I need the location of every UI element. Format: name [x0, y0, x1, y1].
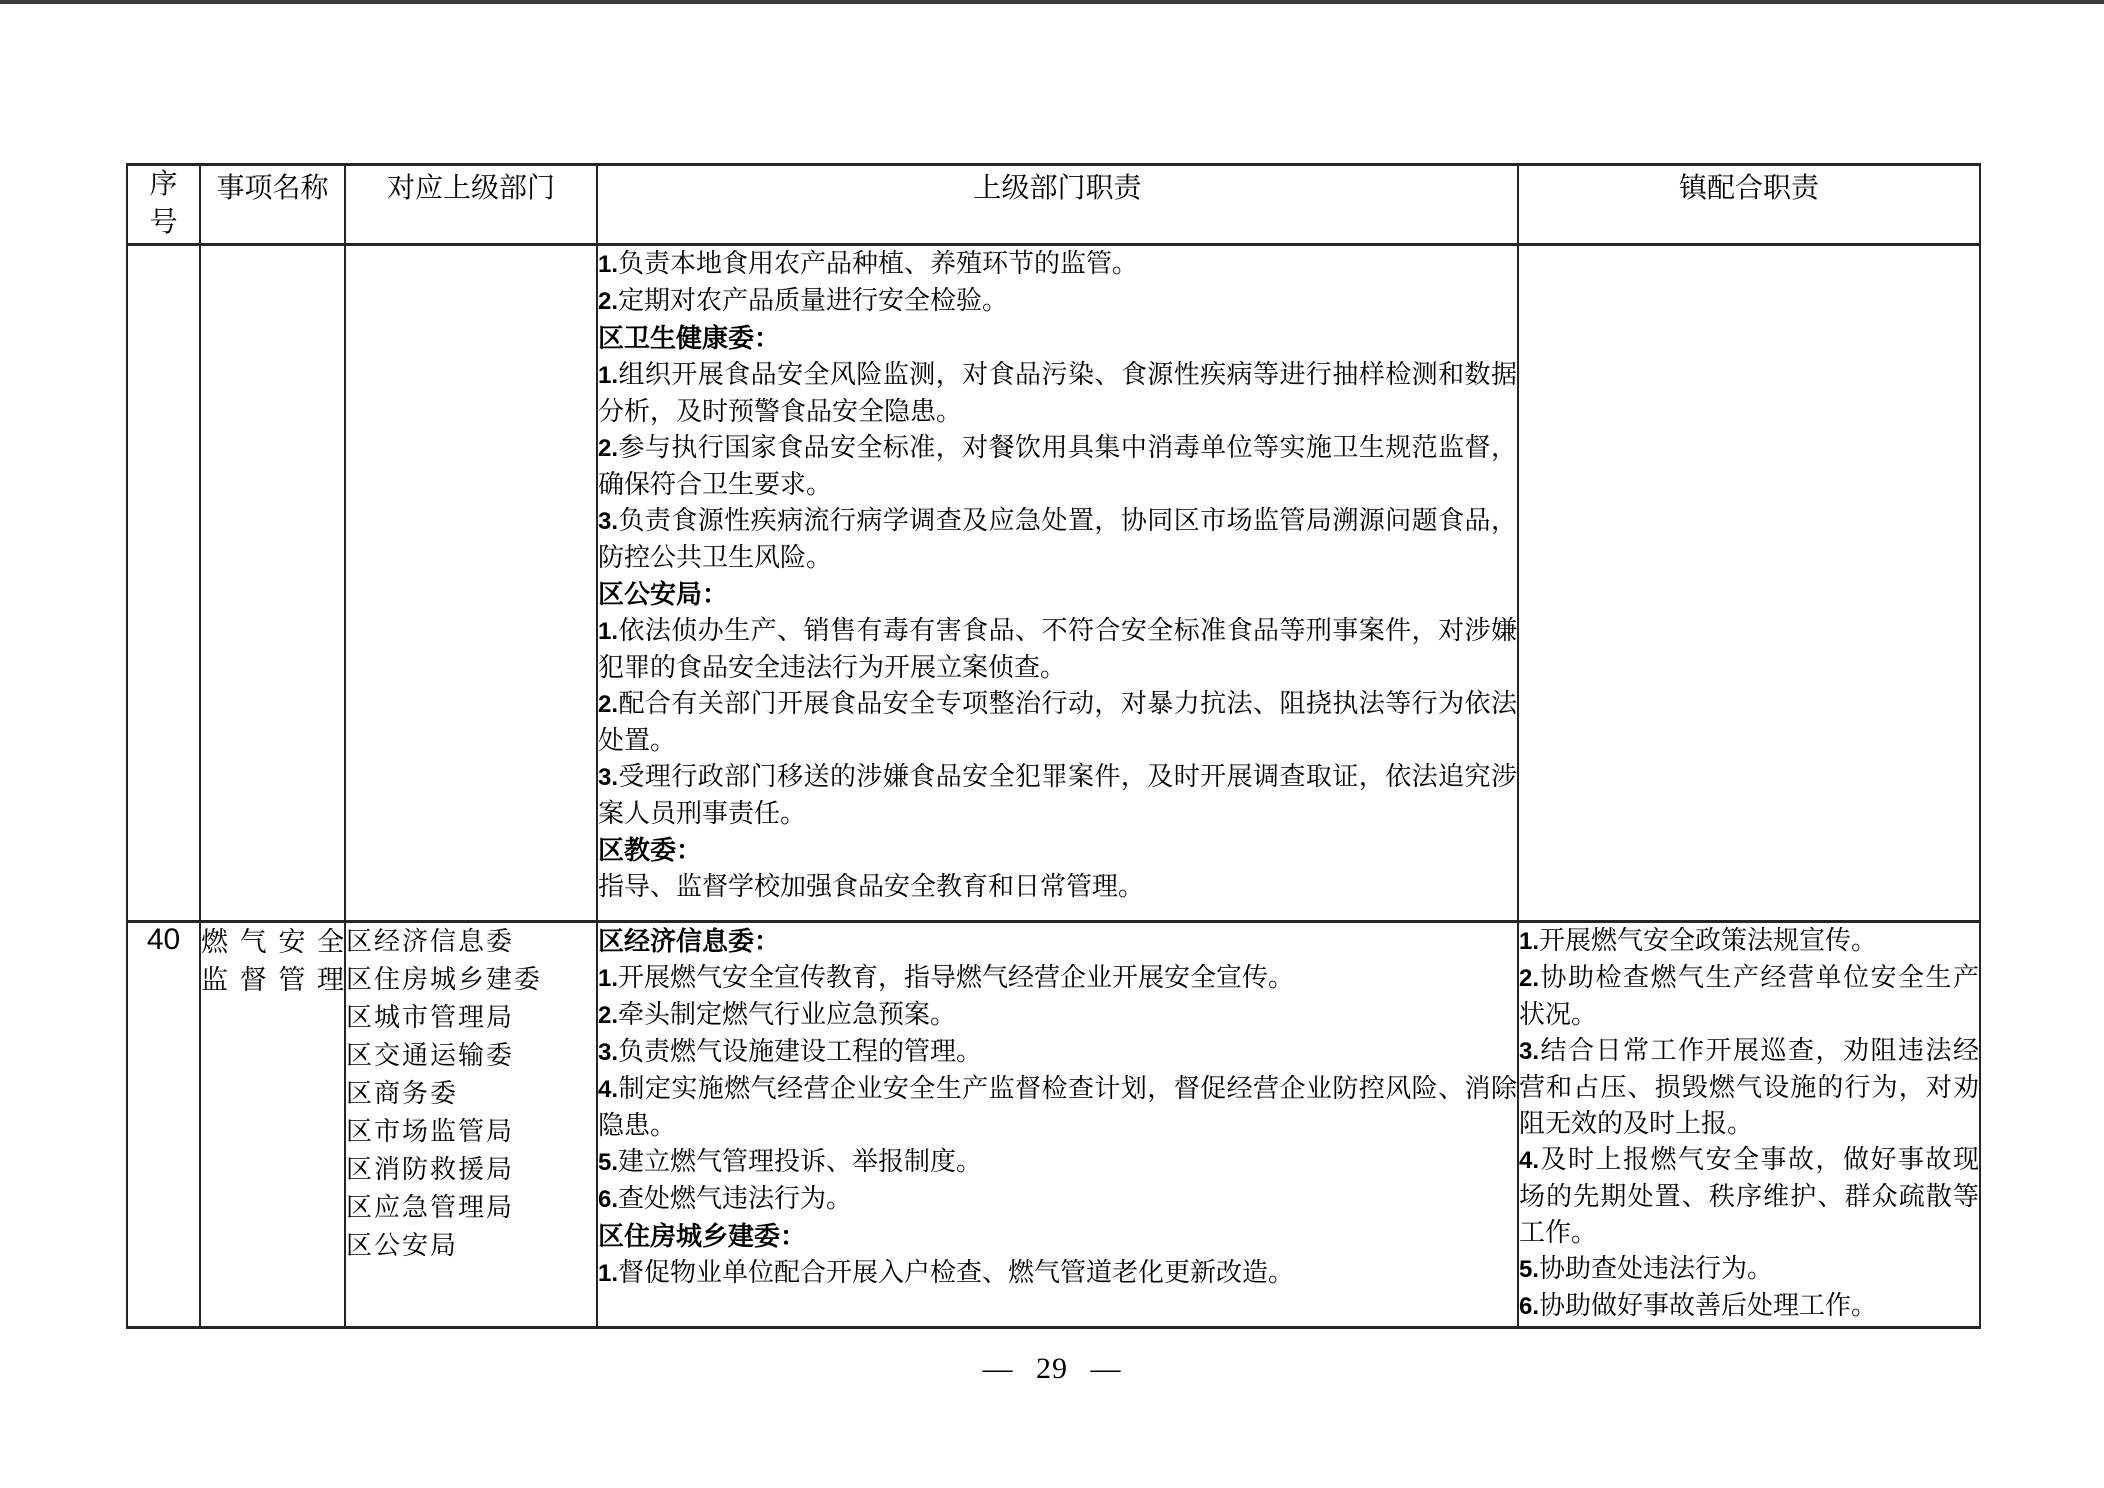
- department-item: 区商务委: [346, 1075, 596, 1113]
- duty-line: 3.结合日常工作开展巡查，劝阻违法经营和占压、损毁燃气设施的行为，对劝阻无效的及…: [1519, 1033, 1979, 1142]
- department-name-bold: 区住房城乡建委：: [598, 1221, 806, 1251]
- duty-number: 2.: [598, 691, 618, 718]
- responsibilities-table: 序号 事项名称 对应上级部门 上级部门职责 镇配合职责 1.负责本地食用农产品种…: [126, 163, 1981, 1329]
- duty-line: 2.协助检查燃气生产经营单位安全生产状况。: [1519, 960, 1979, 1033]
- duty-text: 开展燃气安全宣传教育，指导燃气经营企业开展安全宣传。: [618, 963, 1294, 992]
- department-name-bold: 区公安局：: [598, 579, 728, 609]
- duty-line: 3.受理行政部门移送的涉嫌食品安全犯罪案件，及时开展调查取证，依法追究涉案人员刑…: [598, 759, 1517, 832]
- department-item: 区交通运输委: [346, 1037, 596, 1075]
- duty-text: 查处燃气违法行为。: [618, 1184, 852, 1213]
- duty-text: 指导、监督学校加强食品安全教育和日常管理。: [598, 872, 1144, 901]
- document-page: 序号 事项名称 对应上级部门 上级部门职责 镇配合职责 1.负责本地食用农产品种…: [0, 0, 2104, 1488]
- duty-number: 1.: [598, 965, 618, 992]
- duty-text: 依法侦办生产、销售有毒有害食品、不符合安全标准食品等刑事案件，对涉嫌犯罪的食品安…: [598, 616, 1517, 682]
- duty-number: 5.: [1519, 1256, 1539, 1283]
- duty-text: 开展燃气安全政策法规宣传。: [1539, 926, 1877, 955]
- department-item: 区市场监管局: [346, 1113, 596, 1151]
- department-duty-header: 区经济信息委：: [598, 923, 1517, 960]
- item-name-line: 监督管理: [201, 961, 344, 999]
- duty-number: 2.: [598, 1002, 618, 1029]
- duty-text: 协助查处违法行为。: [1539, 1254, 1773, 1283]
- duty-line: 1.负责本地食用农产品种植、养殖环节的监管。: [598, 246, 1517, 283]
- department-item: 区消防救援局: [346, 1151, 596, 1189]
- departments-cell: 区经济信息委区住房城乡建委区城市管理局区交通运输委区商务委区市场监管局区消防救援…: [345, 922, 597, 1328]
- department-item: 区住房城乡建委: [346, 961, 596, 999]
- duty-text: 组织开展食品安全风险监测，对食品污染、食源性疾病等进行抽样检测和数据分析，及时预…: [598, 360, 1517, 426]
- duty-number: 5.: [598, 1149, 618, 1176]
- duty-text: 协助做好事故善后处理工作。: [1539, 1291, 1877, 1320]
- duty-line: 5.建立燃气管理投诉、举报制度。: [598, 1144, 1517, 1181]
- table-row: 40燃气安全监督管理区经济信息委区住房城乡建委区城市管理局区交通运输委区商务委区…: [127, 922, 1980, 1328]
- department-name-bold: 区教委：: [598, 835, 702, 865]
- duty-text: 结合日常工作开展巡查，劝阻违法经营和占压、损毁燃气设施的行为，对劝阻无效的及时上…: [1519, 1036, 1979, 1138]
- duty-number: 6.: [1519, 1293, 1539, 1320]
- duty-text: 负责本地食用农产品种植、养殖环节的监管。: [618, 249, 1138, 278]
- department-duty-header: 区住房城乡建委：: [598, 1218, 1517, 1255]
- duty-text: 受理行政部门移送的涉嫌食品安全犯罪案件，及时开展调查取证，依法追究涉案人员刑事责…: [598, 762, 1517, 828]
- duty-number: 3.: [598, 1039, 618, 1066]
- seq-cell: 40: [127, 922, 200, 1328]
- duty-text: 牵头制定燃气行业应急预案。: [618, 1000, 956, 1029]
- duty-text: 配合有关部门开展食品安全专项整治行动，对暴力抗法、阻挠执法等行为依法处置。: [598, 689, 1517, 755]
- duty-line: 2.定期对农产品质量进行安全检验。: [598, 283, 1517, 320]
- seq-cell: [127, 245, 200, 922]
- town-duties-cell: [1518, 245, 1980, 922]
- duty-number: 3.: [598, 508, 618, 535]
- duty-line: 2.配合有关部门开展食品安全专项整治行动，对暴力抗法、阻挠执法等行为依法处置。: [598, 686, 1517, 759]
- duty-number: 3.: [1519, 1038, 1539, 1065]
- department-item: 区应急管理局: [346, 1189, 596, 1227]
- column-header-superior-department: 对应上级部门: [345, 165, 597, 245]
- duty-text: 建立燃气管理投诉、举报制度。: [618, 1147, 982, 1176]
- duty-text: 督促物业单位配合开展入户检查、燃气管道老化更新改造。: [618, 1258, 1294, 1287]
- duty-line: 1.开展燃气安全政策法规宣传。: [1519, 923, 1979, 960]
- column-header-seq: 序号: [127, 165, 200, 245]
- duty-line: 6.协助做好事故善后处理工作。: [1519, 1288, 1979, 1325]
- duty-line: 3.负责燃气设施建设工程的管理。: [598, 1034, 1517, 1071]
- duty-line: 指导、监督学校加强食品安全教育和日常管理。: [598, 869, 1517, 905]
- duty-number: 1.: [598, 251, 618, 278]
- item-name-cell: [200, 245, 345, 922]
- duty-line: 4.制定实施燃气经营企业安全生产监督检查计划，督促经营企业防控风险、消除隐患。: [598, 1071, 1517, 1144]
- duty-line: 2.参与执行国家食品安全标准，对餐饮用具集中消毒单位等实施卫生规范监督，确保符合…: [598, 430, 1517, 503]
- item-name-cell: 燃气安全监督管理: [200, 922, 345, 1328]
- duty-number: 2.: [598, 288, 618, 315]
- duty-line: 1.组织开展食品安全风险监测，对食品污染、食源性疾病等进行抽样检测和数据分析，及…: [598, 357, 1517, 430]
- duty-number: 6.: [598, 1186, 618, 1213]
- duty-number: 1.: [598, 1260, 618, 1287]
- department-item: 区经济信息委: [346, 923, 596, 961]
- department-duty-header: 区卫生健康委：: [598, 320, 1517, 357]
- duty-text: 参与执行国家食品安全标准，对餐饮用具集中消毒单位等实施卫生规范监督，确保符合卫生…: [598, 433, 1517, 499]
- duty-line: 1.督促物业单位配合开展入户检查、燃气管道老化更新改造。: [598, 1255, 1517, 1292]
- duty-number: 2.: [1519, 965, 1539, 992]
- departments-cell: [345, 245, 597, 922]
- duty-line: 6.查处燃气违法行为。: [598, 1181, 1517, 1218]
- duty-text: 协助检查燃气生产经营单位安全生产状况。: [1519, 963, 1979, 1029]
- duty-number: 4.: [1519, 1147, 1539, 1174]
- column-header-town-duties: 镇配合职责: [1518, 165, 1980, 245]
- table-header-row: 序号 事项名称 对应上级部门 上级部门职责 镇配合职责: [127, 165, 1980, 245]
- duty-text: 负责燃气设施建设工程的管理。: [618, 1037, 982, 1066]
- duty-line: 1.依法侦办生产、销售有毒有害食品、不符合安全标准食品等刑事案件，对涉嫌犯罪的食…: [598, 613, 1517, 686]
- duty-line: 1.开展燃气安全宣传教育，指导燃气经营企业开展安全宣传。: [598, 960, 1517, 997]
- duty-line: 3.负责食源性疾病流行病学调查及应急处置，协同区市场监管局溯源问题食品，防控公共…: [598, 503, 1517, 576]
- table-row: 1.负责本地食用农产品种植、养殖环节的监管。2.定期对农产品质量进行安全检验。区…: [127, 245, 1980, 922]
- duty-number: 3.: [598, 764, 618, 791]
- column-header-superior-duties: 上级部门职责: [597, 165, 1518, 245]
- duty-text: 负责食源性疾病流行病学调查及应急处置，协同区市场监管局溯源问题食品，防控公共卫生…: [598, 506, 1517, 572]
- column-header-seq-label: 序号: [147, 166, 179, 242]
- superior-duties-cell: 区经济信息委：1.开展燃气安全宣传教育，指导燃气经营企业开展安全宣传。2.牵头制…: [597, 922, 1518, 1328]
- duty-text: 定期对农产品质量进行安全检验。: [618, 286, 1008, 315]
- page-top-edge-line: [0, 0, 2104, 4]
- duty-text: 制定实施燃气经营企业安全生产监督检查计划，督促经营企业防控风险、消除隐患。: [598, 1074, 1517, 1140]
- duty-number: 1.: [598, 362, 618, 389]
- department-name-bold: 区卫生健康委：: [598, 323, 780, 353]
- department-duty-header: 区公安局：: [598, 576, 1517, 613]
- item-name-line: 燃气安全: [201, 923, 344, 961]
- department-name-bold: 区经济信息委：: [598, 926, 780, 956]
- duty-line: 2.牵头制定燃气行业应急预案。: [598, 997, 1517, 1034]
- page-number: — 29 —: [0, 1352, 2104, 1386]
- duty-number: 2.: [598, 435, 618, 462]
- superior-duties-cell: 1.负责本地食用农产品种植、养殖环节的监管。2.定期对农产品质量进行安全检验。区…: [597, 245, 1518, 922]
- town-duties-cell: 1.开展燃气安全政策法规宣传。2.协助检查燃气生产经营单位安全生产状况。3.结合…: [1518, 922, 1980, 1328]
- duty-line: 5.协助查处违法行为。: [1519, 1251, 1979, 1288]
- duty-number: 1.: [598, 618, 618, 645]
- department-item: 区城市管理局: [346, 999, 596, 1037]
- department-item: 区公安局: [346, 1227, 596, 1265]
- column-header-item-name: 事项名称: [200, 165, 345, 245]
- duty-number: 4.: [598, 1076, 618, 1103]
- department-duty-header: 区教委：: [598, 832, 1517, 869]
- duty-text: 及时上报燃气安全事故，做好事故现场的先期处置、秩序维护、群众疏散等工作。: [1519, 1145, 1979, 1247]
- duty-line: 4.及时上报燃气安全事故，做好事故现场的先期处置、秩序维护、群众疏散等工作。: [1519, 1142, 1979, 1251]
- duty-number: 1.: [1519, 928, 1539, 955]
